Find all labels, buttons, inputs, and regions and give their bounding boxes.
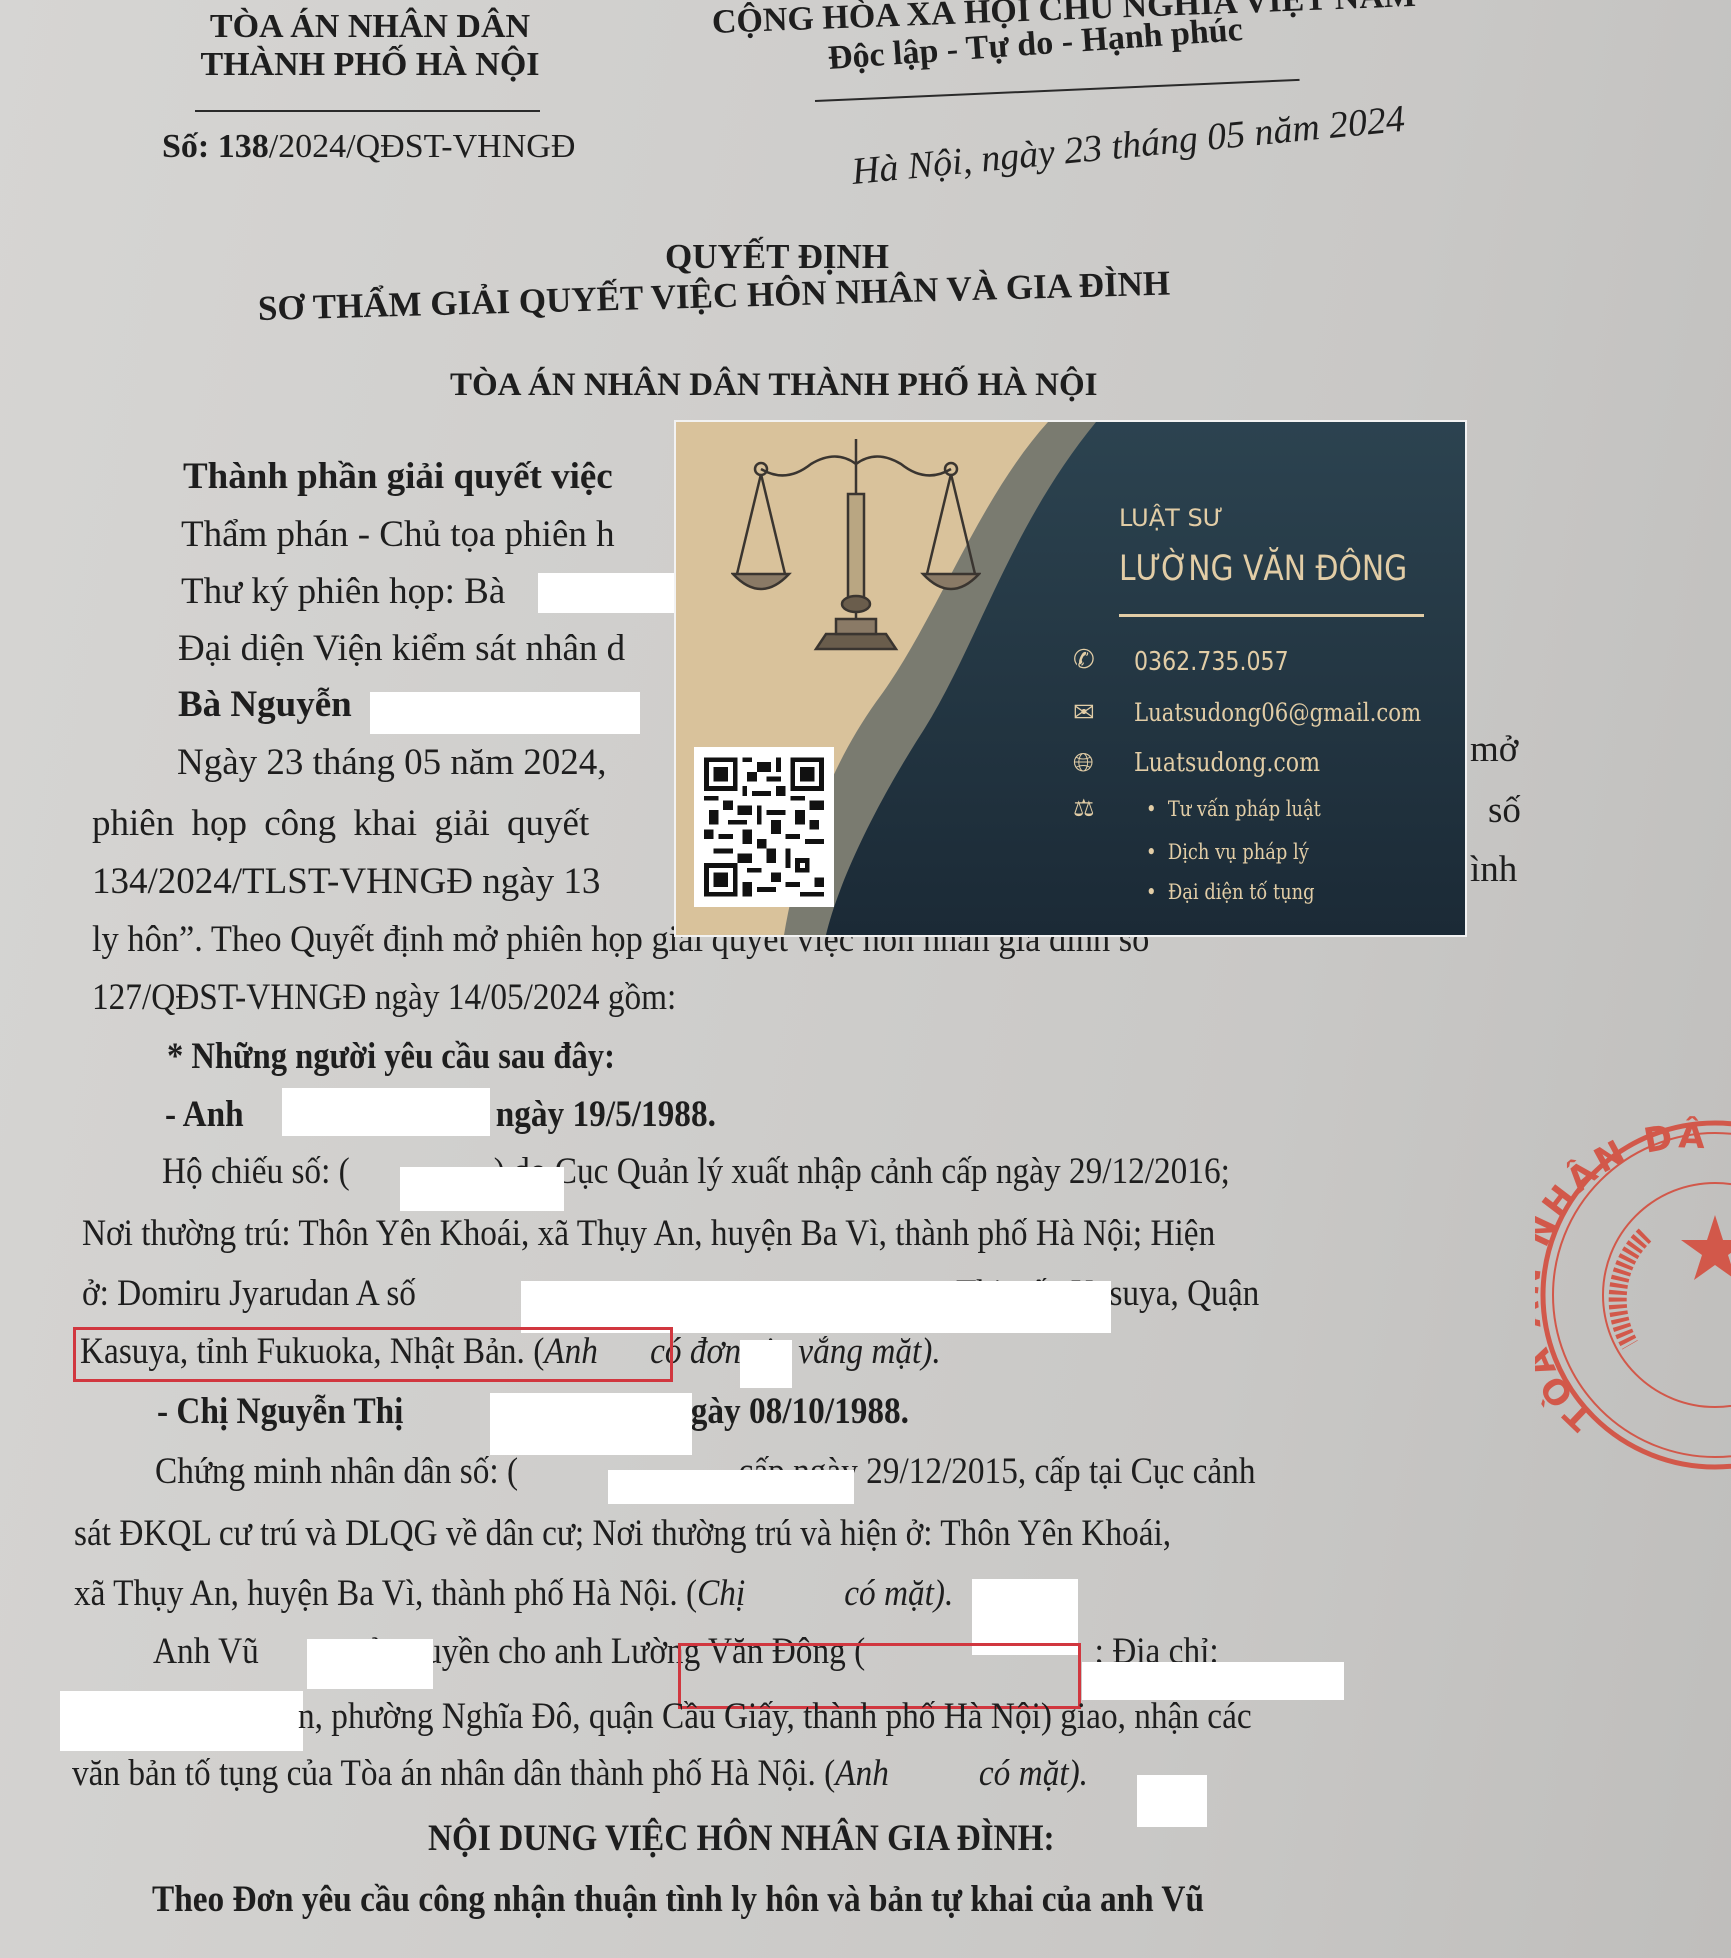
lawyer-business-card: LUẬT SƯ LƯỜNG VĂN ĐÔNG ✆ 0362.735.057 ✉ … (676, 422, 1465, 935)
authorization-prefix: Anh Vũ (153, 1631, 259, 1672)
header-left-divider (195, 110, 540, 112)
procuracy-line: Đại diện Viện kiểm sát nhân d (178, 627, 625, 671)
court-heading: TÒA ÁN NHÂN DÂN THÀNH PHỐ HÀ NỘI (450, 366, 1098, 404)
service-item: • Tư vấn pháp luật (1146, 797, 1321, 821)
redacted-person-1-given-name (307, 1639, 433, 1689)
passport-prefix: Hộ chiếu số: ( (162, 1151, 350, 1192)
absence-note: có đơn xin vắng mặt). (650, 1331, 941, 1372)
requesters-heading: * Những người yêu cầu sau đây: (167, 1035, 615, 1079)
document-title: QUYẾT ĐỊNH (665, 238, 889, 276)
judge-line: Thẩm phán - Chủ tọa phiên h (181, 513, 615, 557)
redacted-person-2-name (490, 1393, 692, 1455)
authorization-line-3: văn bản tố tụng của Tòa án nhân dân thàn… (72, 1752, 1088, 1796)
paragraph-1-line-2-end: số (1488, 789, 1521, 833)
paragraph-1-line-3: 134/2024/TLST-VHNGĐ ngày 13 (92, 860, 600, 904)
paragraph-1-line-1: Ngày 23 tháng 05 năm 2024, (177, 741, 607, 785)
doc-number-value: 138 (218, 128, 269, 165)
paragraph-1-line-1-end: mở (1470, 728, 1518, 772)
redacted-person-1-short (740, 1340, 792, 1388)
scales-of-justice-illustration (731, 434, 981, 659)
person-2-prefix: - Chị Nguyễn Thị (157, 1391, 403, 1432)
passport-suffix: ) do Cục Quản lý xuất nhập cảnh cấp ngày… (494, 1151, 1230, 1192)
court-name-line1: TÒA ÁN NHÂN DÂN (200, 8, 540, 46)
court-name-line2: THÀNH PHỐ HÀ NỘI (190, 46, 550, 84)
current-address-prefix: ở: Domiru Jyarudan A số (82, 1273, 416, 1314)
paragraph-1-line-5: 127/QĐST-VHNGĐ ngày 14/05/2024 gồm: (92, 976, 676, 1020)
globe-icon: 🌐︎ (1073, 750, 1094, 776)
stamp-text: TÒA ÁN NHÂN DÂN T (1535, 1115, 1709, 1438)
authorization-line-3-text: văn bản tố tụng của Tòa án nhân dân thàn… (72, 1753, 835, 1794)
svg-text:TÒA ÁN NHÂN DÂN T: TÒA ÁN NHÂN DÂN T (1535, 1115, 1709, 1438)
mail-icon: ✉ (1073, 700, 1095, 726)
document-number: Số: 138/2024/QĐST-VHNGĐ (162, 128, 575, 166)
paragraph-1-line-2: phiên họp công khai giải quyết (92, 802, 589, 846)
content-heading: NỘI DUNG VIỆC HÔN NHÂN GIA ĐÌNH: (428, 1817, 1055, 1861)
secretary-line: Thư ký phiên họp: Bà (181, 570, 505, 614)
court-seal-stamp: TÒA ÁN NHÂN DÂN T (1535, 1115, 1731, 1475)
passport-line: Hộ chiếu số: () do Cục Quản lý xuất nhập… (162, 1150, 1230, 1194)
content-line-1: Theo Đơn yêu cầu công nhận thuận tình ly… (152, 1878, 1204, 1922)
lawyer-email: Luatsudong06@gmail.com (1134, 698, 1421, 727)
doc-number-suffix: /2024/QĐST-VHNGĐ (269, 128, 576, 165)
lawyer-name: LƯỜNG VĂN ĐÔNG (1119, 549, 1407, 589)
card-divider (1119, 614, 1424, 617)
procuracy-person: Bà Nguyễn (178, 683, 352, 727)
id-line-2: sát ĐKQL cư trú và DLQG về dân cư; Nơi t… (74, 1512, 1171, 1556)
highlight-box-address (73, 1327, 673, 1382)
service-litigation: Đại diện tố tụng (1168, 880, 1315, 904)
qr-code-pattern (704, 757, 824, 897)
place-and-date: Hà Nội, ngày 23 tháng 05 năm 2024 (850, 97, 1407, 194)
presence-note-2: có mặt). (979, 1753, 1088, 1794)
authorization-line-2: n, phường Nghĩa Đô, quận Cầu Giấy, thành… (298, 1695, 1252, 1739)
lawyer-phone: 0362.735.057 (1134, 647, 1289, 677)
lawyer-website: Luatsudong.com (1134, 748, 1320, 778)
service-legal-advice: Tư vấn pháp luật (1168, 797, 1321, 821)
presence-note-prefix: Chị (697, 1573, 745, 1614)
id-line-3-address: xã Thụy An, huyện Ba Vì, thành phố Hà Nộ… (74, 1573, 697, 1614)
service-item: • Dịch vụ pháp lý (1146, 840, 1309, 864)
card-title: LUẬT SƯ (1119, 504, 1223, 532)
qr-code[interactable] (694, 747, 834, 907)
person-1-prefix: - Anh (165, 1094, 244, 1135)
header-right-divider (815, 79, 1300, 102)
paragraph-1-line-3-end: ình (1470, 848, 1517, 892)
redacted-representative-short (1137, 1775, 1207, 1827)
redacted-passport-number (400, 1167, 564, 1211)
presence-note: có mặt). (844, 1573, 953, 1614)
service-legal-services: Dịch vụ pháp lý (1168, 840, 1309, 864)
phone-icon: ✆ (1073, 647, 1095, 673)
redacted-id-number (608, 1470, 854, 1504)
doc-number-label: Số: (162, 128, 218, 165)
service-item: • Đại diện tố tụng (1146, 880, 1315, 904)
scales-icon: ⚖ (1073, 796, 1095, 820)
composition-heading: Thành phần giải quyết việc (183, 455, 613, 499)
presence-note-2-prefix: Anh (835, 1753, 889, 1794)
redacted-procuracy-name (370, 692, 640, 734)
redacted-address-start (60, 1691, 303, 1751)
residence-line: Nơi thường trú: Thôn Yên Khoái, xã Thụy … (82, 1212, 1215, 1256)
id-line-3: xã Thụy An, huyện Ba Vì, thành phố Hà Nộ… (74, 1572, 953, 1616)
redacted-person-1-name (282, 1088, 490, 1136)
redacted-address (521, 1281, 1111, 1333)
id-prefix: Chứng minh nhân dân số: ( (155, 1451, 518, 1492)
redacted-secretary-name (538, 573, 680, 613)
